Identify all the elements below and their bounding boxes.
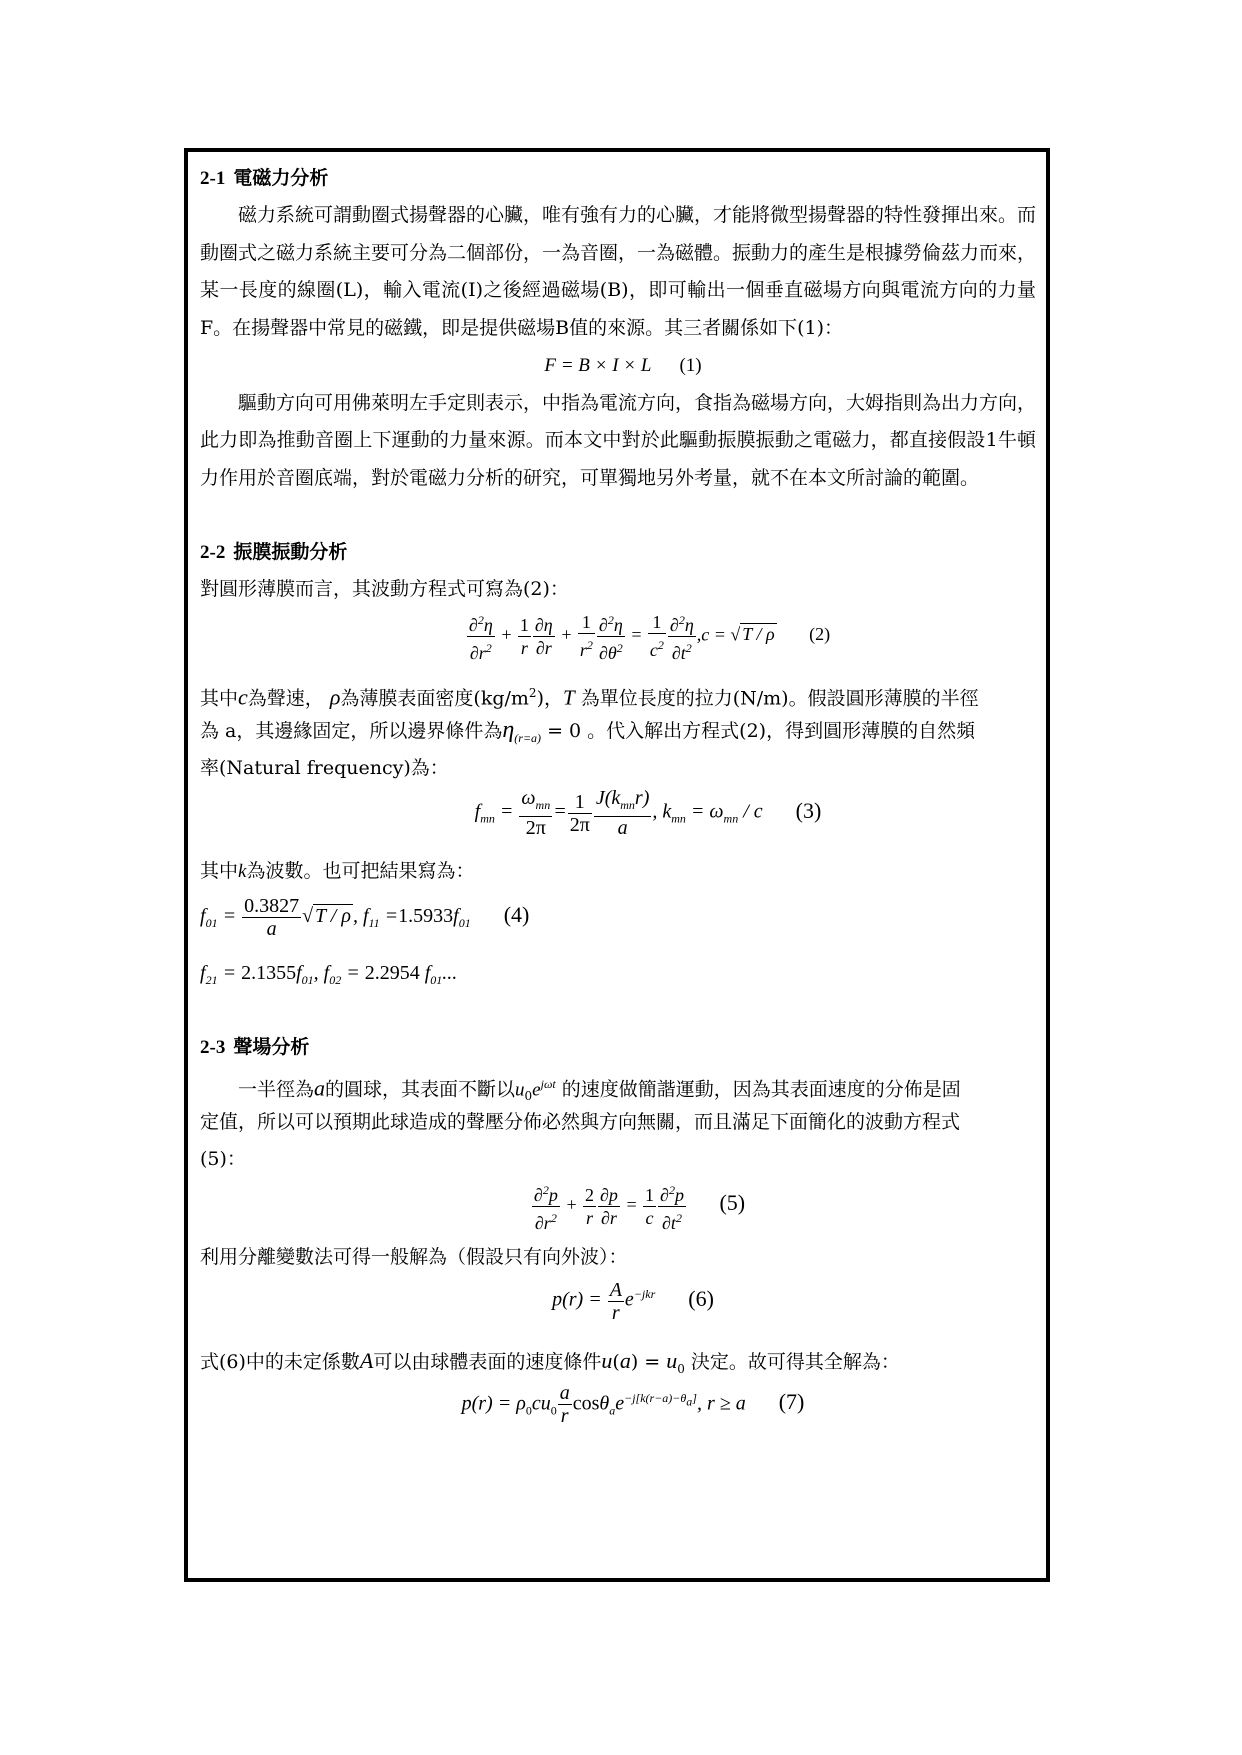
- equation-1-body: F = B × I × L: [544, 355, 651, 376]
- section-title: 聲場分析: [233, 1036, 309, 1058]
- coefficient: 2.1355: [241, 962, 296, 984]
- equation-number: (1): [679, 355, 701, 376]
- coefficient: 1.5933: [398, 905, 453, 927]
- text: 為 a，其邊緣固定，所以邊界條件為: [200, 720, 502, 742]
- equation-number: (7): [779, 1389, 805, 1414]
- paragraph-magnetic-system: 磁力系統可謂動圈式揚聲器的心臟，唯有強有力的心臟，才能將微型揚聲器的特性發揮出來…: [200, 197, 1036, 347]
- text: 其中: [200, 687, 238, 709]
- text: 式(6)中的未定係數: [200, 1351, 360, 1373]
- section-number: 2-2: [200, 542, 225, 563]
- paragraph-wavenumber: 其中k為波數。也可把結果寫為：: [200, 853, 1036, 891]
- document-body: 2-1電磁力分析 磁力系統可謂動圈式揚聲器的心臟，唯有強有力的心臟，才能將微型揚…: [200, 160, 1036, 1440]
- paragraph-boundary: 為 a，其邊緣固定，所以邊界條件為η(r=a) = 0 。代入解出方程式(2)，…: [200, 712, 1036, 750]
- text: 為波數。也可把結果寫為：: [246, 860, 474, 882]
- equation-2: ∂2η∂r2 + 1r∂η∂r + 1r2∂2η∂θ2 = 1c2∂2η∂t2,…: [200, 609, 1036, 675]
- equation-1: F = B × I × L(1): [200, 347, 1036, 385]
- content-frame: 2-1電磁力分析 磁力系統可謂動圈式揚聲器的心臟，唯有強有力的心臟，才能將微型揚…: [184, 148, 1050, 1582]
- paragraph-pressure: 定值，所以可以預期此球造成的聲壓分佈必然與方向無關，而且滿足下面簡化的波動方程式: [200, 1104, 1036, 1142]
- equation-7: p(r) = ρ0cu0arcosθae−j[k(r−a)−θa], r ≥ a…: [200, 1380, 1036, 1440]
- equation-number: (4): [504, 902, 530, 927]
- section-number: 2-3: [200, 1037, 225, 1058]
- section-title: 電磁力分析: [233, 167, 328, 189]
- paragraph-natural-freq: 率(Natural frequency)為：: [200, 750, 1036, 788]
- text: 的速度做簡諧運動，因為其表面速度的分佈是固: [562, 1078, 961, 1100]
- paragraph-ref-5: (5)：: [200, 1141, 1036, 1179]
- text: 為單位長度的拉力(N/m)。假設圓形薄膜的半徑: [581, 687, 979, 709]
- text: 為薄膜表面密度(kg/m: [340, 687, 529, 709]
- paragraph-drive-direction: 驅動方向可用佛萊明左手定則表示，中指為電流方向，食指為磁場方向，大姆指則為出力方…: [200, 385, 1036, 498]
- text: 其中: [200, 860, 238, 882]
- equation-number: (3): [796, 798, 822, 823]
- equation-4-line-2: f21 = 2.1355f01, f02 = 2.2954 f01...: [200, 955, 1036, 993]
- coefficient: 2.2954: [365, 962, 420, 984]
- paragraph-wave-intro: 對圓形薄膜而言，其波動方程式可寫為(2)：: [200, 571, 1036, 609]
- text: 為聲速，: [248, 687, 324, 709]
- text: 可以由球體表面的速度條件: [373, 1351, 601, 1373]
- spacer: [200, 992, 1036, 1029]
- spacer: [200, 497, 1036, 534]
- equation-number: (2): [809, 624, 830, 644]
- paragraph-separation: 利用分離變數法可得一般解為（假設只有向外波）：: [200, 1239, 1036, 1277]
- equation-4-line-1: f01 = 0.3827a√T / ρ, f11 =1.5933f01 (4): [200, 891, 1036, 955]
- section-number: 2-1: [200, 168, 225, 189]
- paragraph-coefficient: 式(6)中的未定係數A可以由球體表面的速度條件u(a) = u0 決定。故可得其…: [200, 1342, 1036, 1380]
- text: 的圓球，其表面不斷以: [325, 1078, 515, 1100]
- text: 決定。故可得其全解為：: [691, 1351, 900, 1373]
- equation-6: p(r) = Are−jkr (6): [200, 1276, 1036, 1342]
- text: )，: [537, 687, 563, 709]
- equation-number: (6): [688, 1286, 714, 1311]
- text: 一半徑為: [238, 1078, 314, 1100]
- section-heading-2-2: 2-2振膜振動分析: [200, 534, 1036, 571]
- text: = 0 。代入解出方程式(2)，得到圓形薄膜的自然頻: [547, 720, 975, 742]
- section-title: 振膜振動分析: [233, 541, 347, 563]
- paragraph-sphere: 一半徑為a的圓球，其表面不斷以u0ejωt 的速度做簡諧運動，因為其表面速度的分…: [200, 1066, 1036, 1104]
- equation-number: (5): [719, 1190, 745, 1215]
- section-heading-2-1: 2-1電磁力分析: [200, 160, 1036, 197]
- equation-3: fmn = ωmn2π=12πJ(kmnr)a, kmn = ωmn / c (…: [200, 787, 1036, 853]
- equation-5: ∂2p∂r2 + 2r∂p∂r = 1c∂2p∂t2 (5): [200, 1179, 1036, 1239]
- section-heading-2-3: 2-3聲場分析: [200, 1029, 1036, 1066]
- coefficient: 0.3827: [242, 895, 301, 918]
- paragraph-variables: 其中c為聲速， ρ為薄膜表面密度(kg/m2)，T 為單位長度的拉力(N/m)。…: [200, 675, 1036, 713]
